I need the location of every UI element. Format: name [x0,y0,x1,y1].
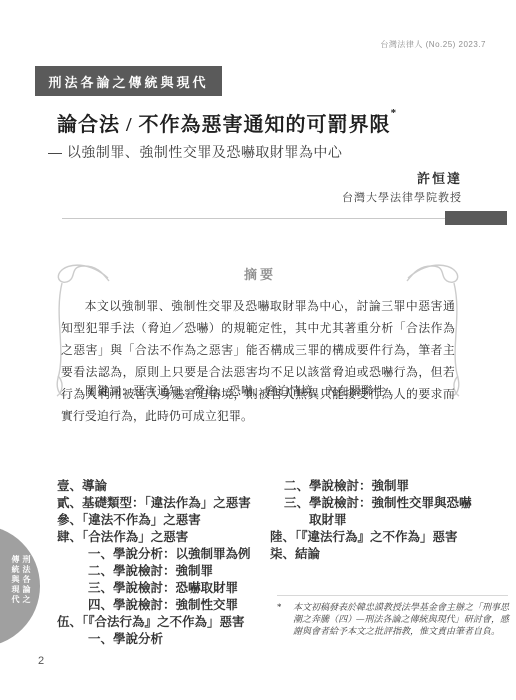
toc-item: 三、學說檢討：強制性交罪與恐嚇取財罪 [270,495,476,529]
toc-item: 二、學說檢討：強制罪 [57,563,272,580]
title-footnote-marker: * [391,107,398,119]
toc-item: 一、學說分析：以強制罪為例 [57,546,272,563]
toc-item: 柒、結論 [270,546,510,563]
toc-item: 三、學說檢討：恐嚇取財罪 [57,580,272,597]
author-affiliation: 台灣大學法律學院教授 [342,189,462,205]
toc-item: 一、學說分析 [57,631,272,648]
section-banner: 刑法各論之傳統與現代 [35,66,222,96]
toc-item: 貳、基礎類型：「違法作為」之惡害 [57,495,272,512]
toc-item: 伍、「『合法行為』之不作為」惡害 [57,614,272,631]
toc-item: 肆、「合法作為」之惡害 [57,529,272,546]
toc-right-column: 二、學說檢討：強制罪 三、學說檢討：強制性交罪與恐嚇取財罪 陸、「『違法行為』之… [270,478,510,563]
header-rule [62,218,505,219]
toc-item: 壹、導論 [57,478,272,495]
article-title: 論合法 / 不作為惡害通知的可罰界限* [57,108,487,137]
header-rule-accent-bar [445,211,507,225]
toc-left-column: 壹、導論 貳、基礎類型：「違法作為」之惡害 參、「違法不作為」之惡害 肆、「合法… [57,478,272,648]
journal-issue-header: 台灣法律人 (No.25) 2023.7 [380,39,486,50]
section-banner-label: 刑法各論之傳統與現代 [48,72,208,91]
abstract-heading: 摘要 [55,264,465,283]
chapter-tab-circle: 刑法各論之傳統與現代 [0,525,40,647]
footnote-marker: * [277,601,287,637]
author-name: 許恒達 [417,168,462,187]
journal-page: 台灣法律人 (No.25) 2023.7 刑法各論之傳統與現代 論合法 / 不作… [0,0,516,700]
toc-item: 參、「違法不作為」之惡害 [57,512,272,529]
toc-item: 陸、「『違法行為』之不作為」惡害 [270,529,510,546]
footnote: * 本文初稿發表於韓忠謨教授法學基金會主辦之「刑事思潮之奔騰（四）—刑法各論之傳… [277,601,509,637]
page-number: 2 [38,655,44,667]
article-subtitle: — 以強制罪、強制性交罪及恐嚇取財罪為中心 [48,142,468,162]
abstract-keywords: 關鍵詞：惡害通知、脅迫、恐嚇、窘迫情境、內在關聯性 [61,382,455,399]
toc-item: 四、學說檢討：強制性交罪 [57,597,272,614]
article-title-text: 論合法 / 不作為惡害通知的可罰界限 [57,114,391,136]
footnote-separator [277,595,508,596]
abstract-body: 本文以強制罪、強制性交罪及恐嚇取財罪為中心，討論三罪中惡害通知型犯罪手法（脅迫／… [61,295,455,427]
chapter-tab-label: 刑法各論之傳統與現代 [10,555,32,611]
toc-item: 二、學說檢討：強制罪 [270,478,510,495]
footnote-text: 本文初稿發表於韓忠謨教授法學基金會主辦之「刑事思潮之奔騰（四）—刑法各論之傳統與… [293,601,509,637]
